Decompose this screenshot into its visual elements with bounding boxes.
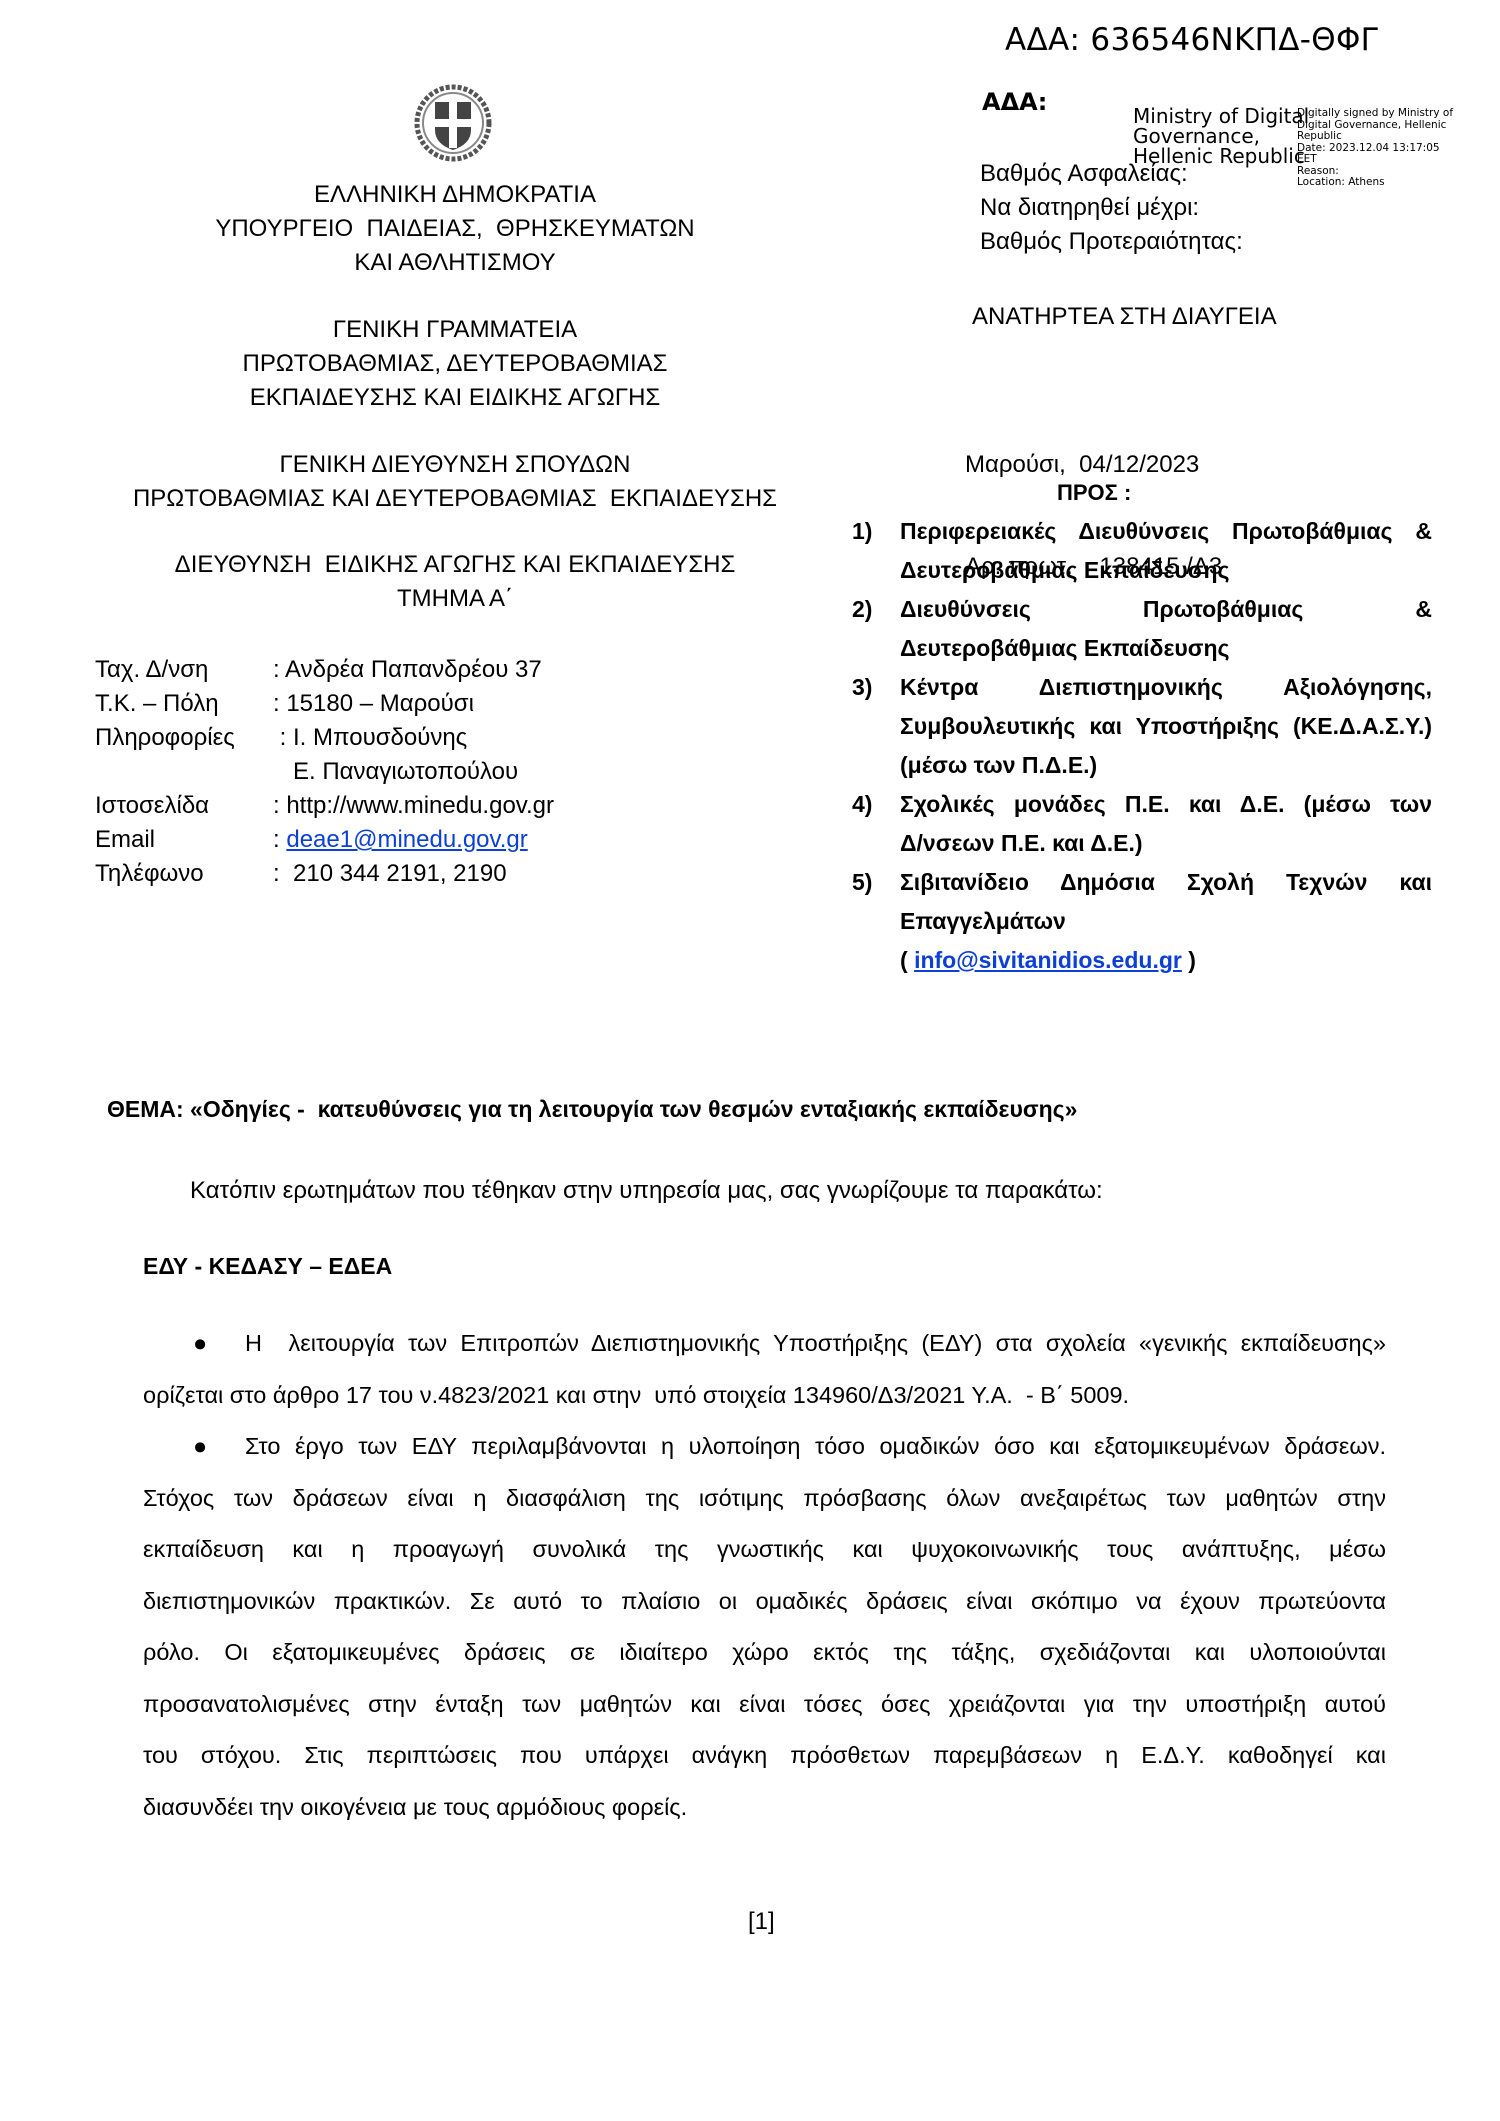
- retain-until: Να διατηρηθεί μέχρι:: [980, 191, 1243, 225]
- ada-number: ΑΔΑ: 636546ΝΚΠΔ-ΘΦΓ: [1005, 22, 1378, 58]
- bullet-paragraph-2: ●Στο έργο των ΕΔΥ περιλαμβάνονται η υλοπ…: [143, 1421, 1386, 1833]
- bullet-icon: ●: [193, 1318, 245, 1370]
- contact-email: Email: deae1@minedu.gov.gr: [95, 823, 554, 857]
- issuer-line: ΓΕΝΙΚΗ ΓΡΑΜΜΑΤΕΙΑ: [130, 313, 780, 347]
- priority-level: Βαθμός Προτεραιότητας:: [980, 225, 1243, 259]
- intro-paragraph: Κατόπιν ερωτημάτων που τέθηκαν στην υπηρ…: [190, 1177, 1103, 1205]
- contact-info-2: Ε. Παναγιωτοπούλου: [95, 755, 554, 789]
- bullet-paragraph-1: ●Η λειτουργία των Επιτροπών Διεπιστημονι…: [143, 1318, 1386, 1421]
- contact-address: Ταχ. Δ/νση: Ανδρέα Παπανδρέου 37: [95, 653, 554, 687]
- publish-notice: ΑΝΑΤΗΡΤΕΑ ΣΤΗ ΔΙΑΥΓΕΙΑ: [972, 303, 1277, 331]
- sig-detail-line: Republic: [1297, 131, 1497, 143]
- security-level: Βαθμός Ασφαλείας:: [980, 157, 1243, 191]
- contact-info: Πληροφορίες : Ι. Μπουσδούνης: [95, 721, 554, 755]
- email-link[interactable]: deae1@minedu.gov.gr: [286, 823, 527, 857]
- issuer-line: ΕΚΠΑΙΔΕΥΣΗΣ ΚΑΙ ΕΙΔΙΚΗΣ ΑΓΩΓΗΣ: [130, 381, 780, 415]
- issuer-line: ΠΡΩΤΟΒΑΘΜΙΑΣ ΚΑΙ ΔΕΥΤΕΡΟΒΑΘΜΙΑΣ ΕΚΠΑΙΔΕΥ…: [130, 482, 780, 516]
- recipients-title: ΠΡΟΣ :: [1057, 480, 1131, 506]
- recipients-list: 1) Περιφερειακές Διευθύνσεις Πρωτοβάθμια…: [852, 512, 1432, 980]
- subject-line: ΘΕΜΑ: «Οδηγίες - κατευθύνσεις για τη λει…: [107, 1096, 1077, 1123]
- bullet-icon: ●: [193, 1421, 245, 1473]
- document-date: Μαρούσι, 04/12/2023: [965, 448, 1222, 482]
- recipient-item: 2) Διευθύνσεις Πρωτοβάθμιας &Δευτεροβάθμ…: [852, 590, 1432, 668]
- sig-detail-line: EET: [1297, 154, 1497, 166]
- issuer-line: ΔΙΕΥΘΥΝΣΗ ΕΙΔΙΚΗΣ ΑΓΩΓΗΣ ΚΑΙ ΕΚΠΑΙΔΕΥΣΗΣ: [130, 548, 780, 582]
- contact-phone: Τηλέφωνο: 210 344 2191, 2190: [95, 857, 554, 891]
- ada-label: ΑΔΑ:: [982, 88, 1047, 116]
- digital-signature-details: Digitally signed by Ministry of Digital …: [1297, 108, 1497, 189]
- issuer-secretariat: ΓΕΝΙΚΗ ΓΡΑΜΜΑΤΕΙΑ ΠΡΩΤΟΒΑΘΜΙΑΣ, ΔΕΥΤΕΡΟΒ…: [130, 313, 780, 415]
- sig-detail-line: Date: 2023.12.04 13:17:05: [1297, 143, 1497, 155]
- issuer-line: ΥΠΟΥΡΓΕΙΟ ΠΑΙΔΕΙΑΣ, ΘΡΗΣΚΕΥΜΑΤΩΝ: [130, 212, 780, 246]
- issuer-line: ΕΛΛΗΝΙΚΗ ΔΗΜΟΚΡΑΤΙΑ: [130, 178, 780, 212]
- section-heading: ΕΔΥ - ΚΕΔΑΣΥ – ΕΔΕΑ: [143, 1253, 392, 1280]
- recipient-item: 5) Σιβιτανίδειο Δημόσια Σχολή Τεχνών και…: [852, 863, 1432, 980]
- sig-detail-line: Digitally signed by Ministry of: [1297, 108, 1497, 120]
- issuer-ministry: ΕΛΛΗΝΙΚΗ ΔΗΜΟΚΡΑΤΙΑ ΥΠΟΥΡΓΕΙΟ ΠΑΙΔΕΙΑΣ, …: [130, 178, 780, 280]
- recipient-item: 3) Κέντρα Διεπιστημονικής Αξιολόγησης,Συ…: [852, 668, 1432, 785]
- classification-meta: Βαθμός Ασφαλείας: Να διατηρηθεί μέχρι: Β…: [980, 157, 1243, 259]
- issuer-line: ΤΜΗΜΑ Α΄: [130, 582, 780, 616]
- issuer-directorate: ΔΙΕΥΘΥΝΣΗ ΕΙΔΙΚΗΣ ΑΓΩΓΗΣ ΚΑΙ ΕΚΠΑΙΔΕΥΣΗΣ…: [130, 548, 780, 616]
- page-number: [1]: [748, 1908, 775, 1936]
- sig-detail-line: Location: Athens: [1297, 177, 1497, 189]
- issuer-line: ΚΑΙ ΑΘΛΗΤΙΣΜΟΥ: [130, 246, 780, 280]
- contact-postal: Τ.Κ. – Πόλη: 15180 – Μαρούσι: [95, 687, 554, 721]
- issuer-general-directorate: ΓΕΝΙΚΗ ΔΙΕΥΘΥΝΣΗ ΣΠΟΥΔΩΝ ΠΡΩΤΟΒΑΘΜΙΑΣ ΚΑ…: [130, 448, 780, 516]
- recipient-email-link[interactable]: info@sivitanidios.edu.gr: [914, 947, 1182, 973]
- issuer-line: ΓΕΝΙΚΗ ΔΙΕΥΘΥΝΣΗ ΣΠΟΥΔΩΝ: [130, 448, 780, 482]
- greek-coat-of-arms-icon: [413, 82, 493, 164]
- recipient-item: 1) Περιφερειακές Διευθύνσεις Πρωτοβάθμια…: [852, 512, 1432, 590]
- issuer-line: ΠΡΩΤΟΒΑΘΜΙΑΣ, ΔΕΥΤΕΡΟΒΑΘΜΙΑΣ: [130, 347, 780, 381]
- contact-details: Ταχ. Δ/νση: Ανδρέα Παπανδρέου 37 Τ.Κ. – …: [95, 653, 554, 891]
- contact-website: Ιστοσελίδα: http://www.minedu.gov.gr: [95, 789, 554, 823]
- recipient-item: 4) Σχολικές μονάδες Π.Ε. και Δ.Ε. (μέσω …: [852, 785, 1432, 863]
